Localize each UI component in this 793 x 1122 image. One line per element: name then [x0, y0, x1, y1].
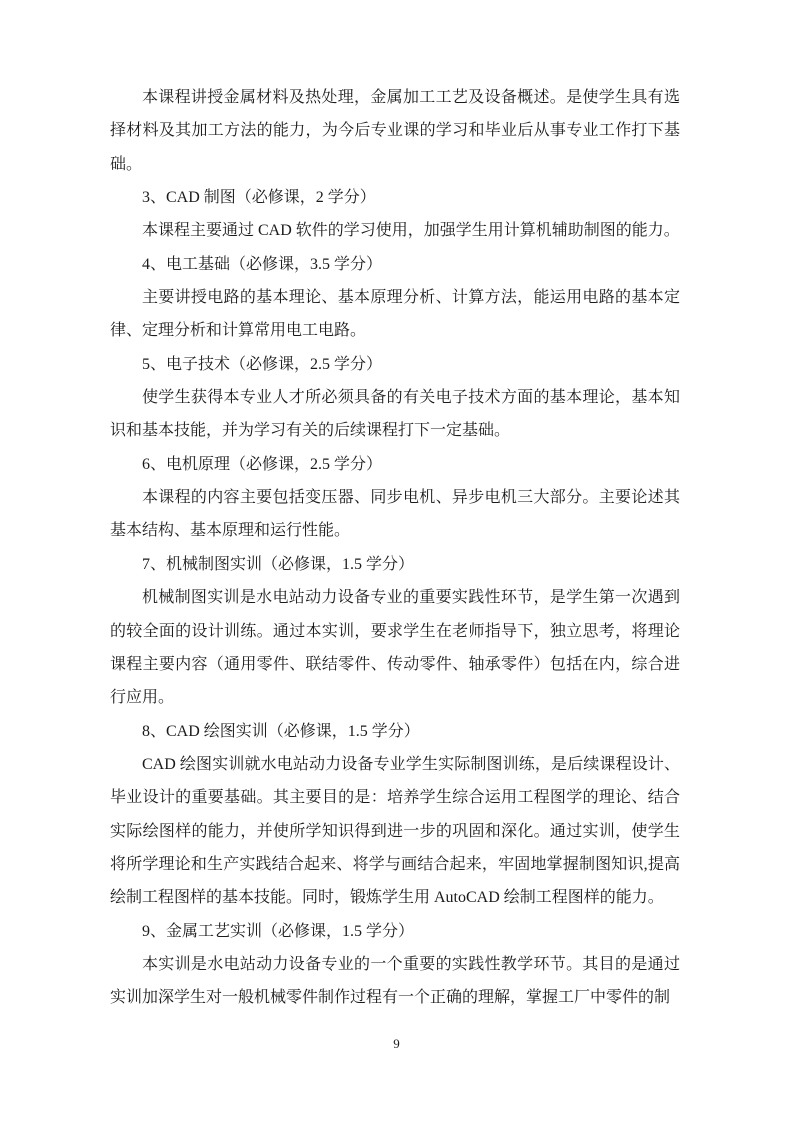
paragraph: 机械制图实训是水电站动力设备专业的重要实践性环节，是学生第一次遇到的较全面的设计…: [110, 581, 680, 714]
paragraph: 主要讲授电路的基本理论、基本原理分析、计算方法，能运用电路的基本定律、定理分析和…: [110, 281, 680, 348]
paragraph: 本实训是水电站动力设备专业的一个重要的实践性教学环节。其目的是通过实训加深学生对…: [110, 948, 680, 1015]
paragraph: 使学生获得本专业人才所必须具备的有关电子技术方面的基本理论，基本知识和基本技能，…: [110, 381, 680, 448]
course-heading-cad-drawing-practice: 8、CAD 绘图实训（必修课，1.5 学分）: [110, 715, 680, 748]
paragraph: 本课程讲授金属材料及热处理，金属加工工艺及设备概述。是使学生具有选择材料及其加工…: [110, 81, 680, 181]
document-body: 本课程讲授金属材料及热处理，金属加工工艺及设备概述。是使学生具有选择材料及其加工…: [110, 0, 680, 1015]
course-heading-cad-drafting: 3、CAD 制图（必修课，2 学分）: [110, 181, 680, 214]
course-heading-motor-principles: 6、电机原理（必修课，2.5 学分）: [110, 448, 680, 481]
course-heading-electronics: 5、电子技术（必修课，2.5 学分）: [110, 348, 680, 381]
paragraph: 本课程的内容主要包括变压器、同步电机、异步电机三大部分。主要论述其基本结构、基本…: [110, 481, 680, 548]
course-heading-metalworking-practice: 9、金属工艺实训（必修课，1.5 学分）: [110, 915, 680, 948]
course-heading-electrical-basics: 4、电工基础（必修课，3.5 学分）: [110, 248, 680, 281]
document-page: 本课程讲授金属材料及热处理，金属加工工艺及设备概述。是使学生具有选择材料及其加工…: [0, 0, 793, 1122]
page-number: 9: [0, 1036, 793, 1052]
paragraph: 本课程主要通过 CAD 软件的学习使用，加强学生用计算机辅助制图的能力。: [110, 214, 680, 247]
paragraph: CAD 绘图实训就水电站动力设备专业学生实际制图训练，是后续课程设计、毕业设计的…: [110, 748, 680, 915]
course-heading-mechanical-drawing-practice: 7、机械制图实训（必修课，1.5 学分）: [110, 548, 680, 581]
